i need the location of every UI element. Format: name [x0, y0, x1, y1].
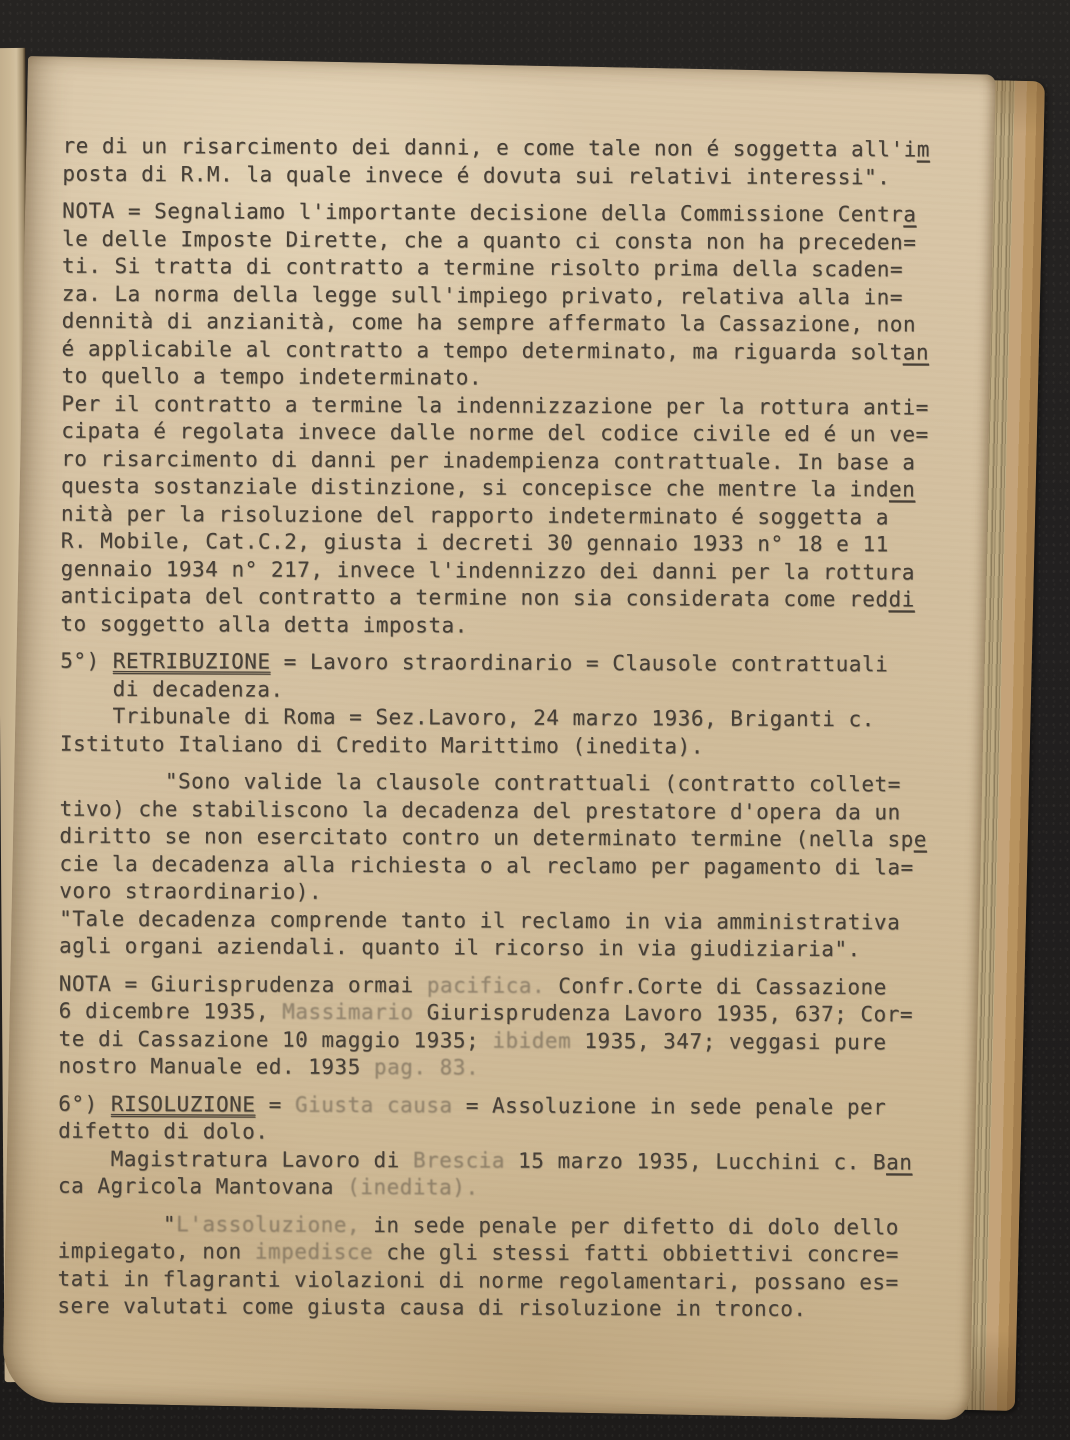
- text-line: "Sono valide la clausole contrattuali (c…: [60, 768, 944, 799]
- text-line: ro risarcimento di danni per inadempienz…: [61, 445, 945, 476]
- text-line: Per il contratto a termine la indennizza…: [61, 390, 945, 421]
- text-line: "L'assoluzione, in sede penale per difet…: [58, 1210, 942, 1241]
- text-segment: é applicabile al contratto a tempo deter…: [62, 336, 903, 364]
- text-segment: re di un risarcimento dei danni, e come …: [62, 134, 916, 162]
- text-segment: di: [888, 587, 914, 611]
- text-segment: agli organi aziendali. quanto il ricorso…: [59, 934, 861, 961]
- text-line: te di Cassazione 10 maggio 1935; ibidem …: [59, 1025, 943, 1056]
- text-segment: di decadenza.: [60, 676, 284, 701]
- text-segment: ": [58, 1211, 176, 1236]
- text-line: diritto se non esercitato contro un dete…: [59, 823, 943, 854]
- text-line: questa sostanziale distinzione, si conce…: [61, 473, 945, 504]
- text-segment: ti. Si tratta di contratto a termine ris…: [62, 254, 903, 282]
- paragraph: "Sono valide la clausole contrattuali (c…: [59, 768, 944, 964]
- text-segment: tivo) che stabiliscono la decadenza del …: [60, 796, 901, 824]
- text-segment: in sede penale per difetto di dolo dello: [360, 1212, 899, 1238]
- text-segment: voro straordinario).: [59, 879, 322, 904]
- text-line: voro straordinario).: [59, 878, 943, 909]
- text-segment: to soggetto alla detta imposta.: [60, 611, 468, 637]
- heading-text: RISOLUZIONE: [111, 1091, 256, 1116]
- text-line: 6°) RISOLUZIONE = Giusta causa = Assoluz…: [58, 1090, 942, 1121]
- text-segment: impiegato, non: [58, 1239, 255, 1264]
- text-line: Istituto Italiano di Credito Marittimo (…: [60, 730, 944, 761]
- text-segment: Confr.Corte di Cassazione: [545, 973, 887, 998]
- text-segment: posta di R.M. la quale invece é dovuta s…: [62, 161, 890, 189]
- text-segment: NOTA = Giurisprudenza ormai: [59, 971, 427, 997]
- text-segment: diritto se non esercitato contro un dete…: [59, 824, 913, 852]
- text-segment: nità per la risoluzione del rapporto ind…: [61, 501, 889, 529]
- text-line: "Tale decadenza comprende tanto il recla…: [59, 905, 943, 936]
- text-segment: pag. 83.: [374, 1055, 479, 1079]
- text-segment: Brescia: [413, 1148, 505, 1172]
- text-segment: Massimario: [282, 1000, 414, 1025]
- paragraph: "L'assoluzione, in sede penale per difet…: [57, 1210, 941, 1324]
- text-segment: = Assoluzione in sede penale per: [453, 1093, 887, 1119]
- text-segment: a: [903, 202, 916, 226]
- text-segment: 6 dicembre 1935,: [59, 999, 283, 1024]
- text-line: di decadenza.: [60, 675, 944, 706]
- text-segment: Giusta causa: [295, 1092, 453, 1117]
- text-segment: tati in flagranti violazioni di norme re…: [57, 1266, 898, 1294]
- text-line: NOTA = Giurisprudenza ormai pacifica. Co…: [59, 970, 943, 1001]
- text-segment: 1935, 347; veggasi pure: [571, 1028, 887, 1053]
- text-segment: ro risarcimento di danni per inadempienz…: [61, 446, 915, 474]
- text-segment: 6°): [58, 1091, 111, 1115]
- text-segment: gennaio 1934 n° 217, invece l'indennizzo…: [61, 556, 915, 584]
- text-line: é applicabile al contratto a tempo deter…: [62, 335, 946, 366]
- text-segment: 5°): [60, 649, 113, 673]
- text-segment: difetto di dolo.: [58, 1119, 268, 1144]
- text-segment: Istituto Italiano di Credito Marittimo (…: [60, 731, 704, 758]
- text-line: to quello a tempo indeterminato.: [61, 363, 945, 394]
- text-segment: (inedita).: [347, 1175, 479, 1200]
- text-segment: nostro Manuale ed. 1935: [58, 1054, 374, 1079]
- text-segment: m: [917, 137, 930, 161]
- text-segment: anticipata del contratto a termine non s…: [60, 584, 888, 612]
- text-segment: an: [903, 340, 929, 364]
- text-segment: Per il contratto a termine la indennizza…: [61, 391, 929, 419]
- text-line: cipata é regolata invece dalle norme del…: [61, 418, 945, 449]
- text-line: Magistratura Lavoro di Brescia 15 marzo …: [58, 1145, 942, 1176]
- document-text: re di un risarcimento dei danni, e come …: [57, 133, 946, 1324]
- text-line: za. La norma della legge sull'impiego pr…: [62, 280, 946, 311]
- text-segment: "Sono valide la clausole contrattuali (c…: [60, 769, 901, 797]
- text-line: posta di R.M. la quale invece é dovuta s…: [62, 160, 946, 191]
- text-segment: Magistratura Lavoro di: [58, 1146, 413, 1172]
- text-segment: =: [255, 1092, 295, 1116]
- text-segment: L'assoluzione,: [176, 1212, 360, 1237]
- text-line: nostro Manuale ed. 1935 pag. 83.: [58, 1053, 942, 1084]
- text-segment: Tribunale di Roma = Sez.Lavoro, 24 marzo…: [60, 704, 875, 732]
- text-segment: questa sostanziale distinzione, si conce…: [61, 474, 889, 502]
- text-line: le delle Imposte Dirette, che a quanto c…: [62, 225, 946, 256]
- paragraph: NOTA = Segnaliamo l'importante decisione…: [60, 198, 946, 642]
- text-line: difetto di dolo.: [58, 1118, 942, 1149]
- paragraph: re di un risarcimento dei danni, e come …: [62, 133, 946, 192]
- text-line: ca Agricola Mantovana (inedita).: [58, 1173, 942, 1204]
- text-segment: = Lavoro straordinario = Clausole contra…: [270, 650, 888, 677]
- text-line: R. Mobile, Cat.C.2, giusta i decreti 30 …: [61, 528, 945, 559]
- text-segment: cie la decadenza alla richiesta o al rec…: [59, 851, 913, 879]
- heading-text: RETRIBUZIONE: [113, 649, 271, 674]
- text-line: impiegato, non impedisce che gli stessi …: [58, 1238, 942, 1269]
- text-segment: cipata é regolata invece dalle norme del…: [61, 419, 929, 447]
- text-line: tivo) che stabiliscono la decadenza del …: [60, 795, 944, 826]
- text-segment: Giurisprudenza Lavoro 1935, 637; Cor=: [414, 1000, 914, 1026]
- text-line: tati in flagranti violazioni di norme re…: [57, 1265, 941, 1296]
- text-line: NOTA = Segnaliamo l'importante decisione…: [62, 198, 946, 229]
- paragraph: 5°) RETRIBUZIONE = Lavoro straordinario …: [60, 648, 944, 762]
- text-segment: e: [914, 827, 927, 851]
- text-segment: 15 marzo 1935, Lucchini c. B: [505, 1148, 886, 1174]
- paragraph: NOTA = Giurisprudenza ormai pacifica. Co…: [58, 970, 942, 1084]
- text-line: gennaio 1934 n° 217, invece l'indennizzo…: [61, 555, 945, 586]
- text-segment: ca Agricola Mantovana: [58, 1174, 347, 1199]
- text-segment: impedisce: [255, 1240, 373, 1265]
- text-line: anticipata del contratto a termine non s…: [60, 583, 944, 614]
- text-segment: ibidem: [492, 1028, 571, 1052]
- text-segment: an: [886, 1150, 912, 1174]
- text-line: 6 dicembre 1935, Massimario Giurispruden…: [59, 998, 943, 1029]
- text-line: cie la decadenza alla richiesta o al rec…: [59, 850, 943, 881]
- text-line: to soggetto alla detta imposta.: [60, 610, 944, 641]
- text-line: dennità di anzianità, come ha sempre aff…: [62, 308, 946, 339]
- text-segment: en: [889, 477, 915, 501]
- text-segment: le delle Imposte Dirette, che a quanto c…: [62, 226, 916, 254]
- text-line: ti. Si tratta di contratto a termine ris…: [62, 253, 946, 284]
- text-segment: R. Mobile, Cat.C.2, giusta i decreti 30 …: [61, 529, 889, 557]
- text-segment: dennità di anzianità, come ha sempre aff…: [62, 309, 916, 337]
- text-line: 5°) RETRIBUZIONE = Lavoro straordinario …: [60, 648, 944, 679]
- photo-background: re di un risarcimento dei danni, e come …: [0, 0, 1070, 1440]
- text-segment: pacifica.: [427, 973, 545, 998]
- text-segment: za. La norma della legge sull'impiego pr…: [62, 281, 903, 309]
- text-segment: NOTA = Segnaliamo l'importante decisione…: [62, 199, 903, 227]
- text-line: re di un risarcimento dei danni, e come …: [62, 133, 946, 164]
- text-segment: sere valutati come giusta causa di risol…: [57, 1294, 806, 1321]
- text-segment: te di Cassazione 10 maggio 1935;: [59, 1026, 493, 1052]
- text-segment: che gli stessi fatti obbiettivi concre=: [373, 1240, 899, 1266]
- text-segment: to quello a tempo indeterminato.: [61, 364, 482, 390]
- text-line: Tribunale di Roma = Sez.Lavoro, 24 marzo…: [60, 703, 944, 734]
- text-line: nità per la risoluzione del rapporto ind…: [61, 500, 945, 531]
- text-line: sere valutati come giusta causa di risol…: [57, 1293, 941, 1324]
- book-page: re di un risarcimento dei danni, e come …: [2, 56, 996, 1420]
- text-segment: "Tale decadenza comprende tanto il recla…: [59, 906, 900, 934]
- paragraph: 6°) RISOLUZIONE = Giusta causa = Assoluz…: [58, 1090, 942, 1204]
- text-line: agli organi aziendali. quanto il ricorso…: [59, 933, 943, 964]
